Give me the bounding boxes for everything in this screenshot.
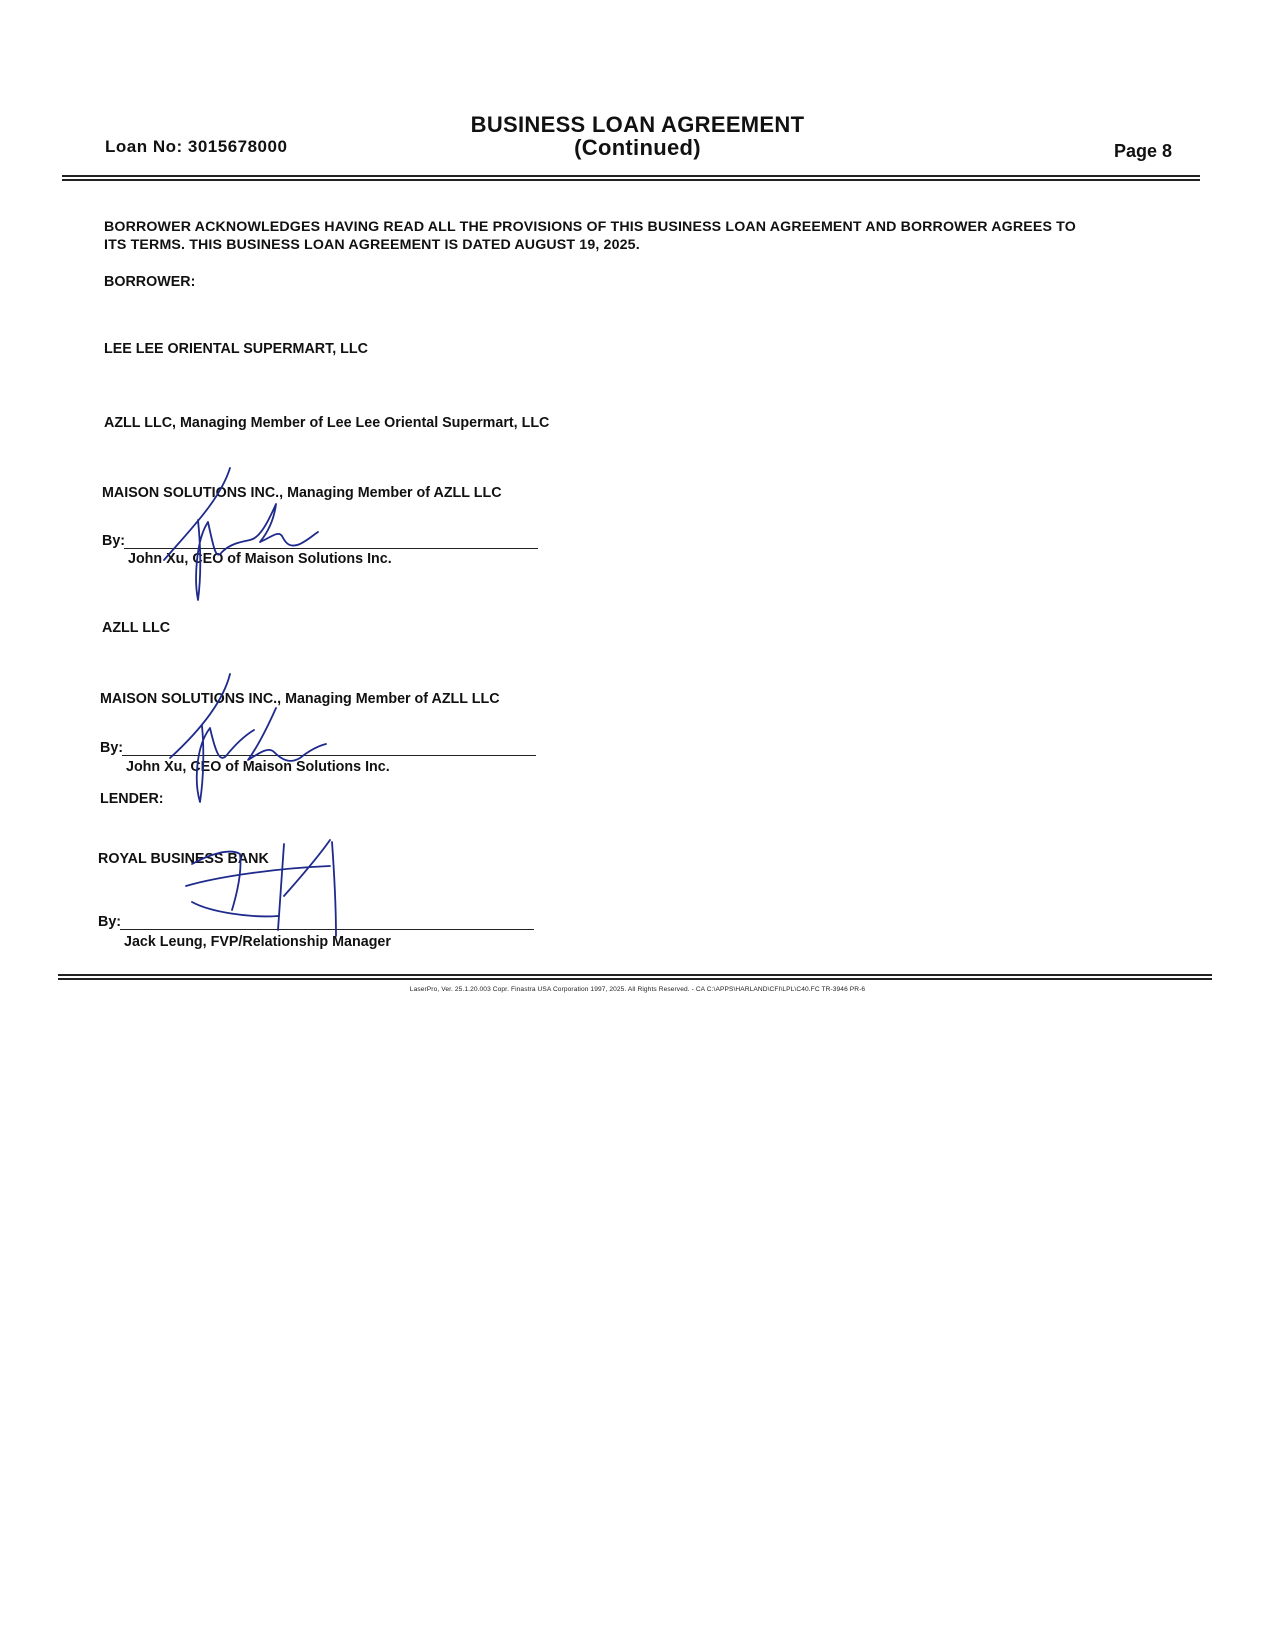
header-rule-bottom [62, 179, 1200, 181]
borrower-entity: LEE LEE ORIENTAL SUPERMART, LLC [104, 341, 368, 357]
footer-rule-bottom [58, 978, 1212, 980]
signature-block-1-by-label: By: [102, 533, 125, 549]
signature-block-2-by-label: By: [100, 740, 123, 756]
footer-copyright: LaserPro, Ver. 25.1.20.003 Copr. Finastr… [0, 986, 1275, 993]
lender-by-label: By: [98, 914, 121, 930]
loan-number: Loan No: 3015678000 [105, 137, 287, 157]
borrower-managing-member: AZLL LLC, Managing Member of Lee Lee Ori… [104, 415, 549, 431]
page-number: Page 8 [1114, 141, 1172, 162]
acknowledgement-line-1: BORROWER ACKNOWLEDGES HAVING READ ALL TH… [104, 219, 1076, 235]
acknowledgement-line-2: ITS TERMS. THIS BUSINESS LOAN AGREEMENT … [104, 237, 640, 253]
footer-rule-top [58, 974, 1212, 976]
borrower-label: BORROWER: [104, 274, 195, 290]
signature-jack-leung [180, 840, 380, 950]
signature-john-xu-2 [150, 666, 450, 816]
header-rule-top [62, 175, 1200, 177]
signature-john-xu-1 [150, 460, 450, 610]
borrower-entity-2: AZLL LLC [102, 620, 170, 636]
lender-label: LENDER: [100, 791, 164, 807]
